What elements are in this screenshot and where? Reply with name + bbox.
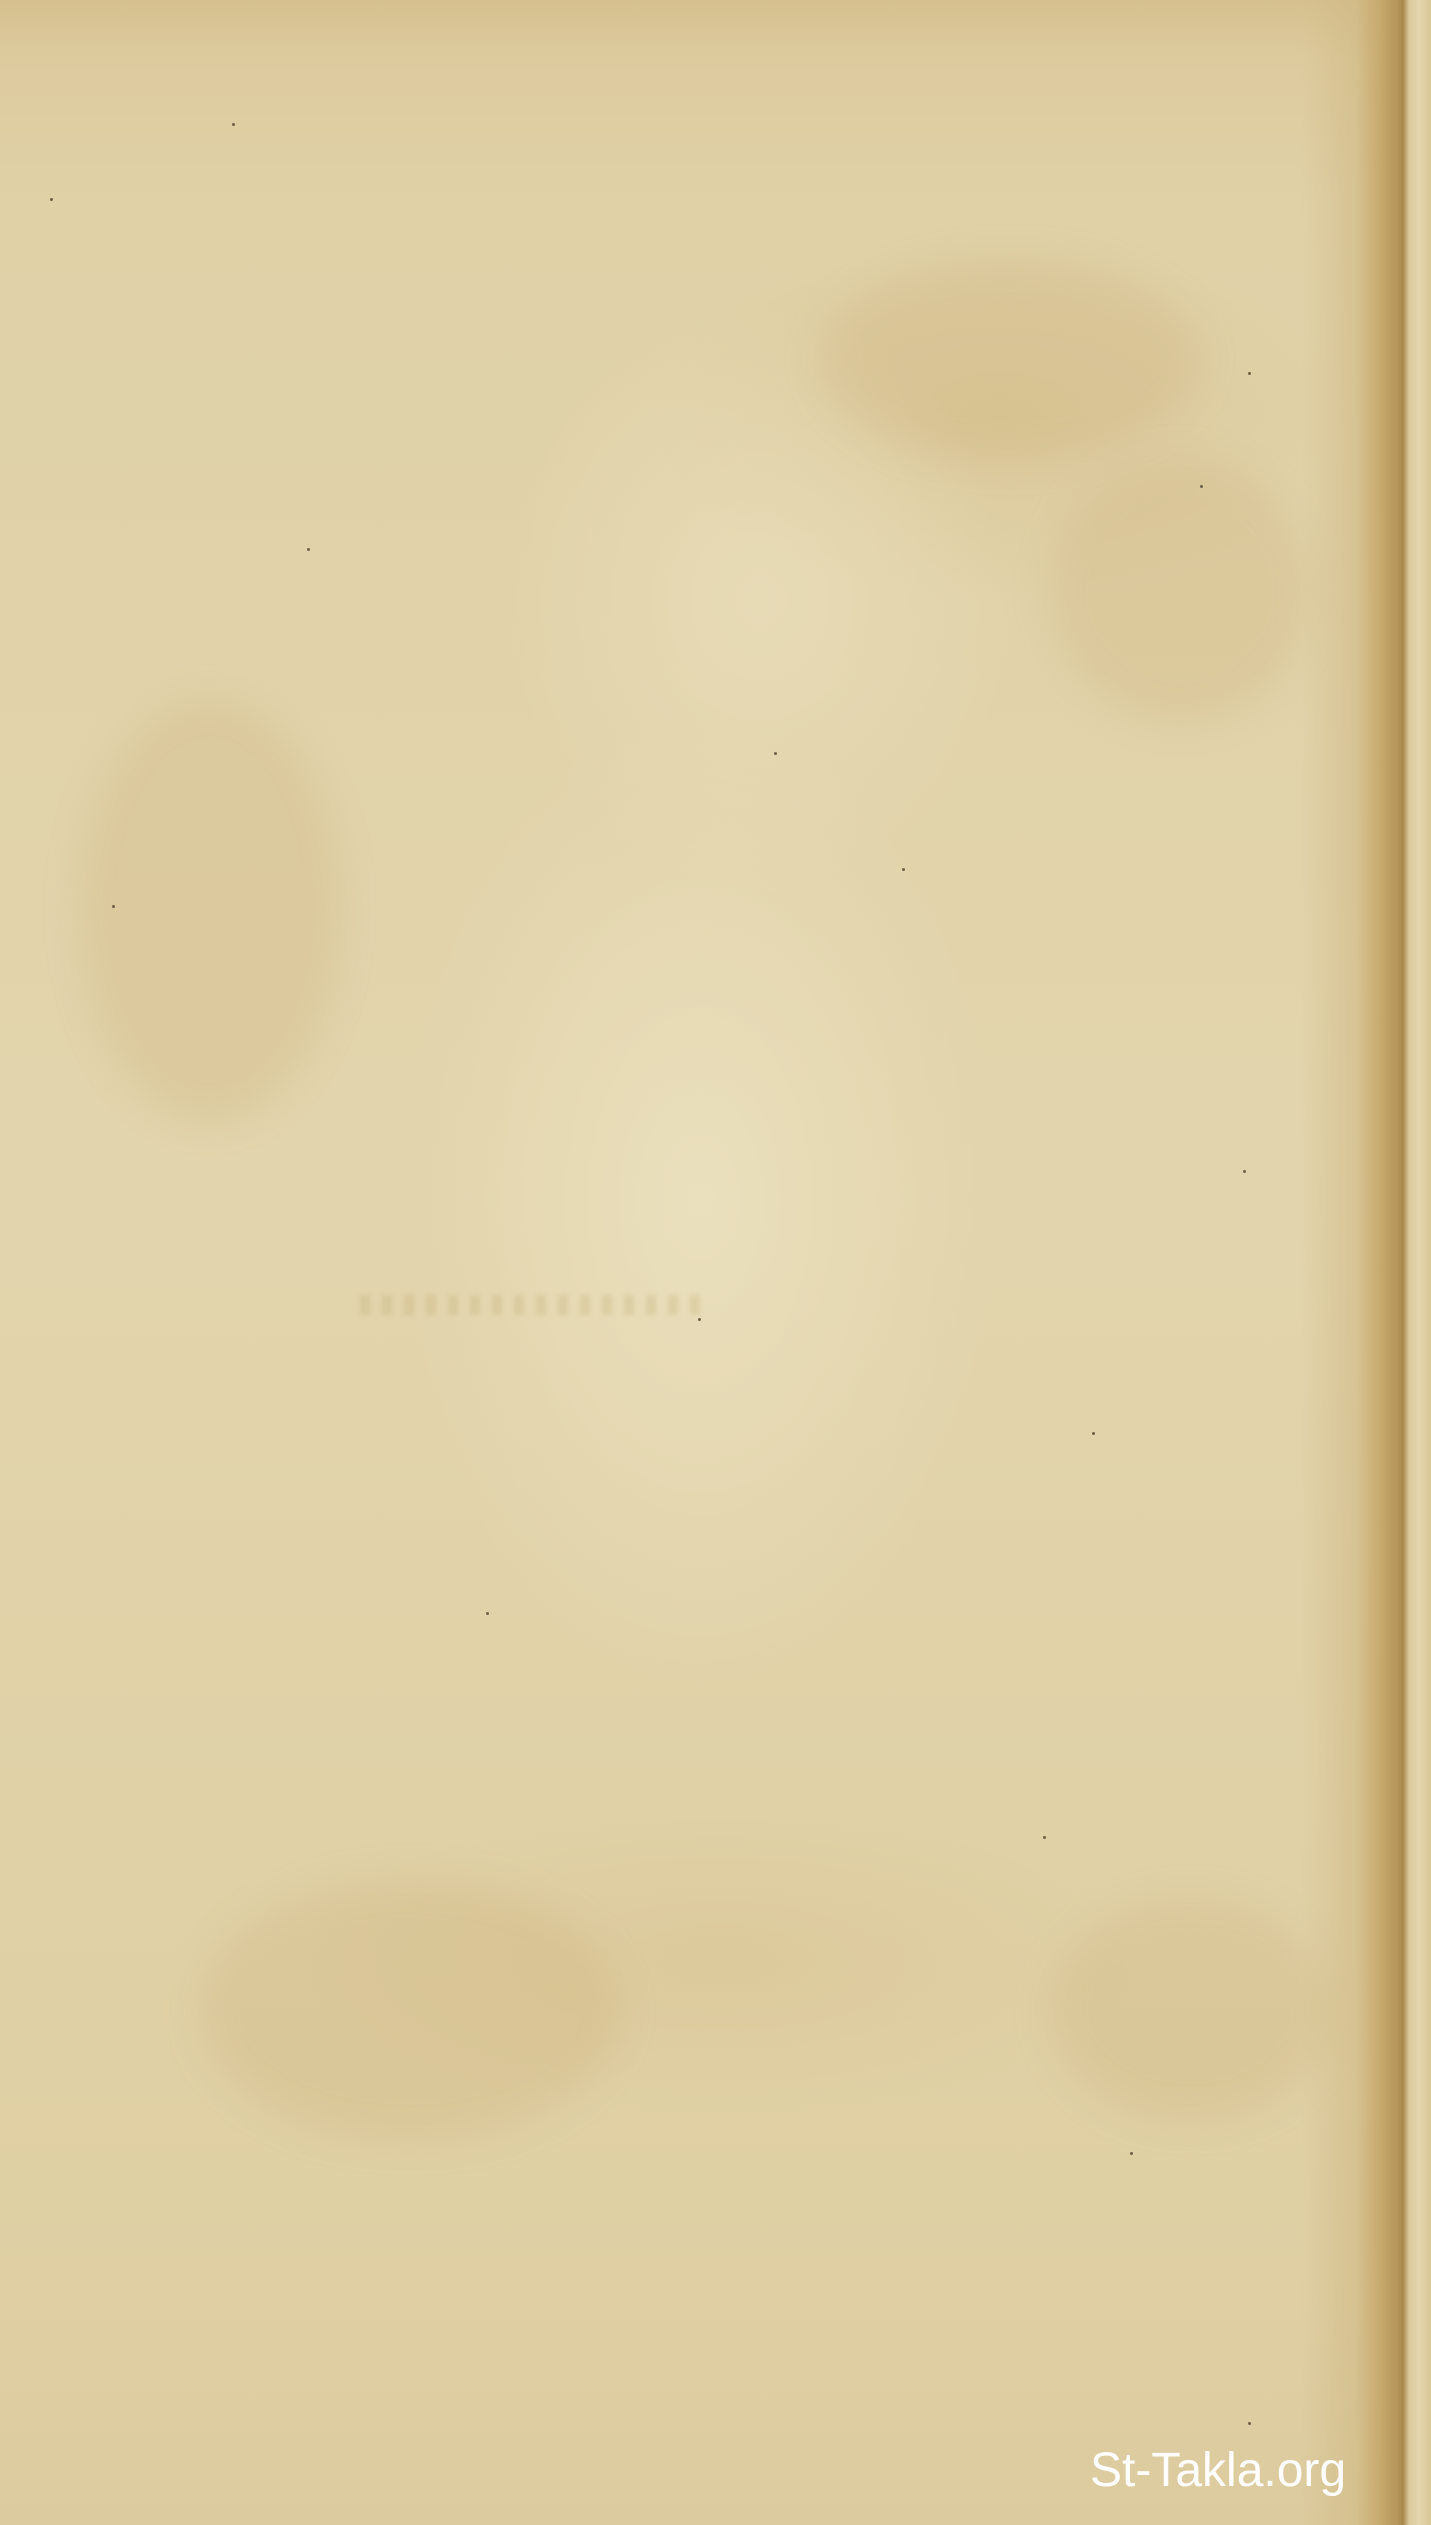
paper-speck	[112, 905, 115, 908]
paper-stain	[1050, 460, 1310, 720]
scanned-page: St-Takla.org	[0, 0, 1431, 2525]
watermark: St-Takla.org	[1090, 2443, 1346, 2499]
paper-speck	[307, 548, 310, 551]
paper-speck	[50, 198, 53, 201]
paper-stain	[200, 1880, 620, 2140]
paper-speck	[486, 1612, 489, 1615]
paper-speck	[232, 123, 235, 126]
paper-speck	[1200, 485, 1203, 488]
paper-speck	[1130, 2152, 1133, 2155]
paper-speck	[1248, 372, 1251, 375]
paper-speck	[1043, 1836, 1046, 1839]
bleed-through-text	[360, 1295, 700, 1315]
paper-speck	[1092, 1432, 1095, 1435]
paper-speck	[774, 752, 777, 755]
paper-speck	[1248, 2422, 1251, 2425]
paper-stain	[80, 700, 340, 1120]
paper-speck	[902, 868, 905, 871]
page-binding-edge	[1301, 0, 1431, 2525]
paper-stain	[820, 260, 1200, 460]
paper-speck	[1243, 1170, 1246, 1173]
paper-stain	[1050, 1900, 1330, 2120]
paper-speck	[698, 1318, 701, 1321]
